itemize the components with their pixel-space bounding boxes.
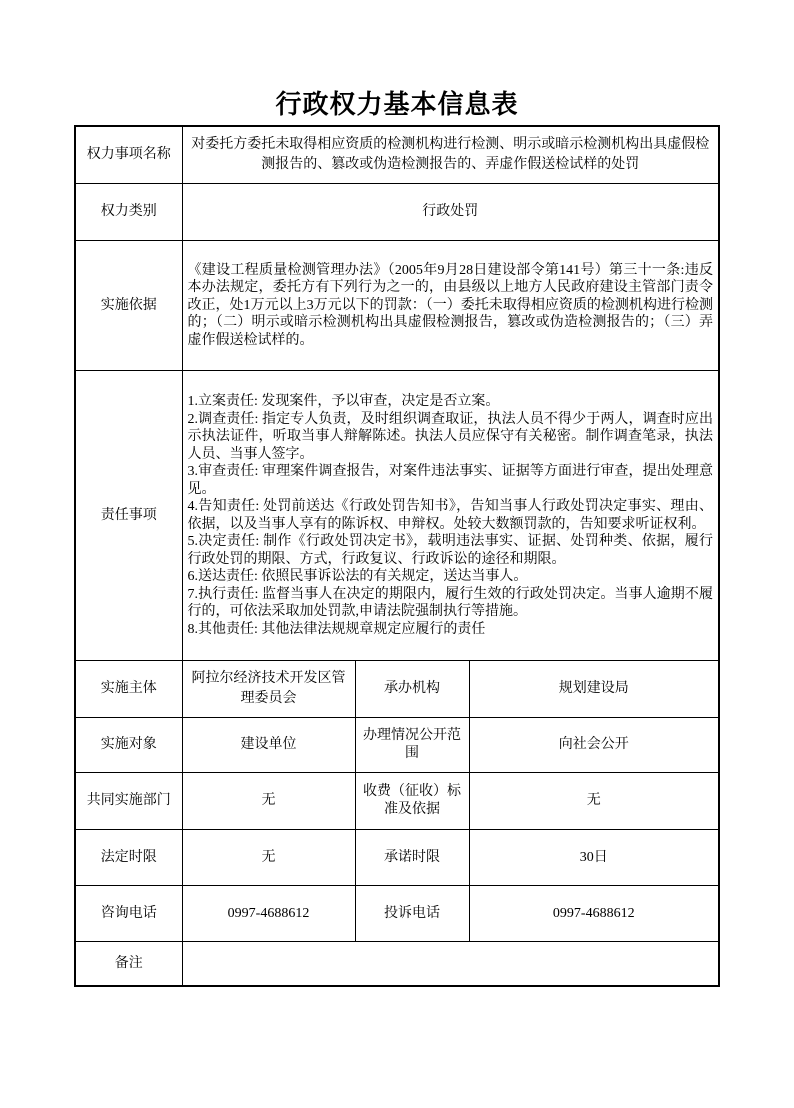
responsibility-item: 2.调查责任: 指定专人负责，及时组织调查取证，执法人员不得少于两人，调查时应出… — [188, 411, 714, 464]
label-implementation-target: 实施对象 — [75, 718, 182, 773]
label-joint-departments: 共同实施部门 — [75, 773, 182, 830]
value-responsibility-items: 1.立案责任: 发现案件，予以审查，决定是否立案。 2.调查责任: 指定专人负责… — [182, 371, 719, 661]
label-statutory-time-limit: 法定时限 — [75, 830, 182, 886]
value-consultation-phone: 0997-4688612 — [182, 886, 355, 942]
label-responsibility-items: 责任事项 — [75, 371, 182, 661]
label-undertaking-agency: 承办机构 — [355, 661, 469, 718]
responsibility-item: 8.其他责任: 其他法律法规规章规定应履行的责任 — [188, 621, 714, 639]
value-disclosure-scope: 向社会公开 — [469, 718, 719, 773]
document-page: 行政权力基本信息表 权力事项名称 对委托方委托未取得相应资质的检测机构进行检测、… — [0, 0, 794, 1108]
table-row: 实施主体 阿拉尔经济技术开发区管理委员会 承办机构 规划建设局 — [75, 661, 719, 718]
value-implementation-target: 建设单位 — [182, 718, 355, 773]
label-power-item-name: 权力事项名称 — [75, 126, 182, 184]
label-complaint-phone: 投诉电话 — [355, 886, 469, 942]
implementation-basis-text: 《建设工程质量检测管理办法》（2005年9月28日建设部令第141号）第三十一条… — [188, 262, 714, 350]
responsibility-item: 4.告知责任: 处罚前送达《行政处罚告知书》，告知当事人行政处罚决定事实、理由、… — [188, 498, 714, 533]
value-fee-standard: 无 — [469, 773, 719, 830]
label-disclosure-scope: 办理情况公开范围 — [355, 718, 469, 773]
value-complaint-phone: 0997-4688612 — [469, 886, 719, 942]
table-row: 共同实施部门 无 收费（征收）标准及依据 无 — [75, 773, 719, 830]
value-remarks — [182, 942, 719, 987]
label-power-category: 权力类别 — [75, 184, 182, 241]
table-row: 备注 — [75, 942, 719, 987]
value-statutory-time-limit: 无 — [182, 830, 355, 886]
responsibility-item: 5.决定责任: 制作《行政处罚决定书》，载明违法事实、证据、处罚种类、依据，履行… — [188, 533, 714, 568]
responsibility-item: 7.执行责任: 监督当事人在决定的期限内，履行生效的行政处罚决定。当事人逾期不履… — [188, 586, 714, 621]
value-undertaking-agency: 规划建设局 — [469, 661, 719, 718]
responsibility-item: 3.审查责任: 审理案件调查报告，对案件违法事实、证据等方面进行审查，提出处理意… — [188, 463, 714, 498]
table-row: 权力事项名称 对委托方委托未取得相应资质的检测机构进行检测、明示或暗示检测机构出… — [75, 126, 719, 184]
label-consultation-phone: 咨询电话 — [75, 886, 182, 942]
responsibility-item: 1.立案责任: 发现案件，予以审查，决定是否立案。 — [188, 393, 714, 411]
table-row: 咨询电话 0997-4688612 投诉电话 0997-4688612 — [75, 886, 719, 942]
label-remarks: 备注 — [75, 942, 182, 987]
value-joint-departments: 无 — [182, 773, 355, 830]
table-row: 法定时限 无 承诺时限 30日 — [75, 830, 719, 886]
label-fee-standard: 收费（征收）标准及依据 — [355, 773, 469, 830]
value-implementing-body: 阿拉尔经济技术开发区管理委员会 — [182, 661, 355, 718]
label-promised-time-limit: 承诺时限 — [355, 830, 469, 886]
value-implementation-basis: 《建设工程质量检测管理办法》（2005年9月28日建设部令第141号）第三十一条… — [182, 241, 719, 371]
value-promised-time-limit: 30日 — [469, 830, 719, 886]
info-table: 权力事项名称 对委托方委托未取得相应资质的检测机构进行检测、明示或暗示检测机构出… — [74, 125, 720, 987]
value-power-category: 行政处罚 — [182, 184, 719, 241]
table-row: 实施依据 《建设工程质量检测管理办法》（2005年9月28日建设部令第141号）… — [75, 241, 719, 371]
table-row: 实施对象 建设单位 办理情况公开范围 向社会公开 — [75, 718, 719, 773]
label-implementing-body: 实施主体 — [75, 661, 182, 718]
table-row: 责任事项 1.立案责任: 发现案件，予以审查，决定是否立案。 2.调查责任: 指… — [75, 371, 719, 661]
page-title: 行政权力基本信息表 — [0, 84, 794, 121]
label-implementation-basis: 实施依据 — [75, 241, 182, 371]
responsibility-item: 6.送达责任: 依照民事诉讼法的有关规定，送达当事人。 — [188, 568, 714, 586]
value-power-item-name: 对委托方委托未取得相应资质的检测机构进行检测、明示或暗示检测机构出具虚假检测报告… — [182, 126, 719, 184]
table-row: 权力类别 行政处罚 — [75, 184, 719, 241]
